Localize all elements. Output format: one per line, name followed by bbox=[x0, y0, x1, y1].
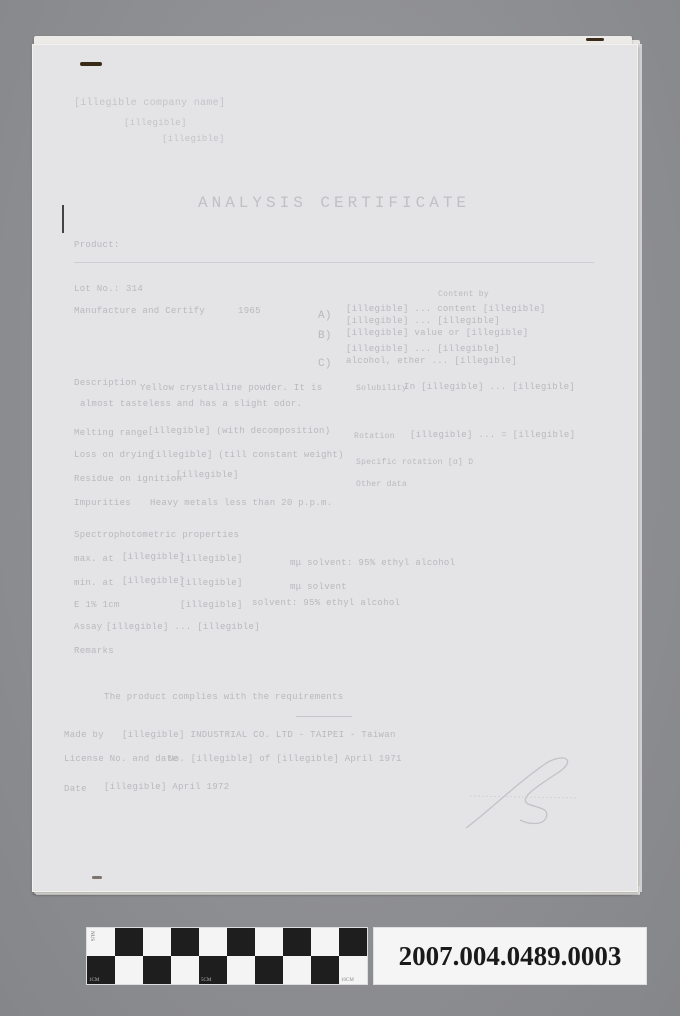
impurities-value: Heavy metals less than 20 p.p.m. bbox=[150, 498, 332, 508]
spectro-e-v2: [illegible] bbox=[180, 600, 243, 610]
residue-label: Residue on ignition bbox=[74, 474, 182, 484]
melting-range-label: Melting range bbox=[74, 428, 148, 438]
impurities-label: Impurities bbox=[74, 498, 131, 508]
description-value: Yellow crystalline powder. It is almost … bbox=[80, 380, 330, 412]
date-value: [illegible] April 1972 bbox=[104, 782, 229, 792]
spectro-e-note: solvent: 95% ethyl alcohol bbox=[252, 598, 400, 608]
letterhead-line-2: [illegible] bbox=[124, 118, 187, 128]
spectro-min-note: mμ solvent bbox=[290, 582, 347, 592]
color-scale-bar: NUS 1CM 5CM 10CM bbox=[86, 927, 368, 985]
spectro-e-label: E 1% 1cm bbox=[74, 600, 120, 610]
ink-mark-bottom bbox=[92, 876, 102, 879]
scale-label-5cm: 5CM bbox=[201, 978, 211, 983]
spectro-min-label: min. at bbox=[74, 578, 114, 588]
letterhead-line-3: [illegible] bbox=[162, 134, 225, 144]
rotation-value: [illegible] ... = [illegible] bbox=[410, 430, 575, 440]
license-label: License No. and date bbox=[64, 754, 178, 764]
letterhead-company: [illegible company name] bbox=[74, 98, 225, 109]
spectro-min-v2: [illegible] bbox=[180, 578, 243, 588]
loss-on-drying-value: [illegible] (till constant weight) bbox=[150, 450, 344, 460]
accession-number-label: 2007.004.0489.0003 bbox=[373, 927, 647, 985]
conformity-text: The product complies with the requiremen… bbox=[104, 692, 343, 702]
spectro-max-v1: [illegible] bbox=[122, 552, 185, 562]
lot-no-value: 314 bbox=[126, 284, 143, 294]
content-mark-b: B) bbox=[318, 330, 332, 342]
scale-label-10cm: 10CM bbox=[341, 978, 354, 983]
spectro-max-label: max. at bbox=[74, 554, 114, 564]
content-label: Content by bbox=[438, 290, 489, 299]
rotation-label: Rotation bbox=[354, 432, 395, 441]
other-data-label: Other data bbox=[356, 480, 407, 489]
spectro-max-note: mμ solvent: 95% ethyl alcohol bbox=[290, 558, 455, 568]
manufacture-value: 1965 bbox=[238, 306, 261, 316]
content-option-a: [illegible] ... content [illegible] bbox=[346, 304, 546, 314]
assay-value: [illegible] ... [illegible] bbox=[106, 622, 260, 632]
spectro-label: Spectrophotometric properties bbox=[74, 530, 239, 540]
specific-rotation-label: Specific rotation [α] D bbox=[356, 458, 473, 467]
made-by-value: [illegible] INDUSTRIAL CO. LTD - TAIPEI … bbox=[122, 730, 396, 740]
scale-side-label: NUS bbox=[89, 931, 94, 941]
solubility-value: In [illegible] ... [illegible] bbox=[404, 382, 575, 392]
melting-range-value: [illegible] (with decomposition) bbox=[148, 426, 330, 436]
made-by-label: Made by bbox=[64, 730, 104, 740]
solubility-label: Solubility bbox=[356, 384, 407, 393]
content-option-b2: [illegible] ... [illegible] bbox=[346, 344, 500, 354]
margin-mark bbox=[62, 205, 64, 233]
spectro-min-v1: [illegible] bbox=[122, 576, 185, 586]
product-underline bbox=[74, 262, 594, 263]
content-mark-a: A) bbox=[318, 310, 332, 322]
content-option-c: alcohol, ether ... [illegible] bbox=[346, 356, 517, 366]
staple-mark-top-right bbox=[586, 38, 604, 41]
signature-icon bbox=[458, 752, 588, 832]
loss-on-drying-label: Loss on drying bbox=[74, 450, 154, 460]
date-label: Date bbox=[64, 784, 87, 794]
content-mark-c: C) bbox=[318, 358, 332, 370]
manufacture-label: Manufacture and Certify bbox=[74, 306, 205, 316]
residue-value: [illegible] bbox=[176, 470, 239, 480]
conformity-underline bbox=[296, 716, 352, 717]
assay-label: Assay bbox=[74, 622, 103, 632]
license-value: No. [illegible] of [illegible] April 197… bbox=[168, 754, 402, 764]
scale-label-1cm: 1CM bbox=[89, 978, 99, 983]
remarks-label: Remarks bbox=[74, 646, 114, 656]
lot-no-label: Lot No.: bbox=[74, 284, 120, 294]
staple-mark-top-left bbox=[80, 62, 102, 66]
content-option-b: [illegible] value or [illegible] bbox=[346, 328, 528, 338]
page-title: ANALYSIS CERTIFICATE bbox=[198, 194, 470, 212]
product-label: Product: bbox=[74, 240, 120, 250]
content-option-a2: [illegible] ... [illegible] bbox=[346, 316, 500, 326]
spectro-max-v2: [illegible] bbox=[180, 554, 243, 564]
